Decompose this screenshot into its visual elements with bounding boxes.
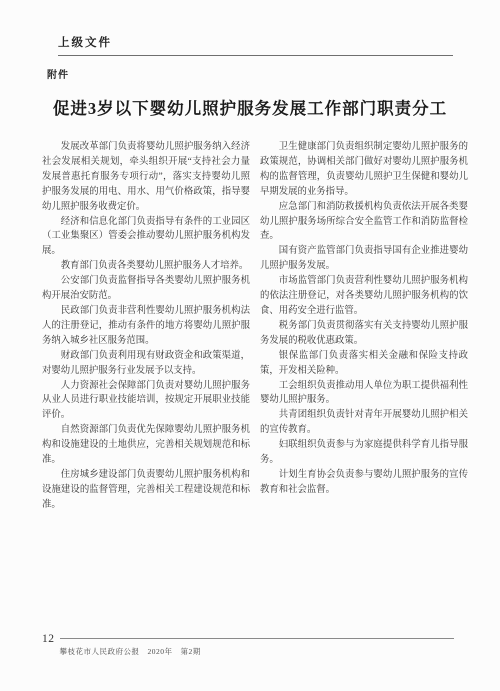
document-title: 促进3岁以下婴幼儿照护服务发展工作部门职责分工 [0, 95, 500, 119]
left-column: 发展改革部门负责将婴幼儿照护服务纳入经济社会发展相关规划，牵头组织开展“支持社会… [42, 140, 250, 513]
right-column: 卫生健康部门负责组织制定婴幼儿照护服务的政策规范，协调相关部门做好对婴幼儿照护服… [260, 140, 468, 513]
paragraph-right-9: 妇联组织负责参与为家庭提供科学育儿指导服务。 [260, 438, 468, 468]
page-header: 上级文件 [58, 33, 453, 56]
page-footer: 12 攀枝花市人民政府公报 2020年 第2期 [42, 630, 454, 659]
paragraph-left-1: 发展改革部门负责将婴幼儿照护服务纳入经济社会发展相关规划，牵头组织开展“支持社会… [42, 140, 250, 215]
paragraph-right-8: 共青团组织负责针对青年开展婴幼儿照护相关的宣传教育。 [260, 408, 468, 438]
paragraph-right-4: 市场监管部门负责营利性婴幼儿照护服务机构的依法注册登记，对各类婴幼儿照护服务机构… [260, 274, 468, 319]
paragraph-left-5: 民政部门负责非营利性婴幼儿照护服务机构法人的注册登记，推动有条件的地方将婴幼儿照… [42, 304, 250, 349]
paragraph-right-6: 银保监部门负责落实相关金融和保险支持政策，开发相关险种。 [260, 349, 468, 379]
paragraph-left-9: 住房城乡建设部门负责婴幼儿照护服务机构和设施建设的监督管理，完善相关工程建设规范… [42, 468, 250, 513]
paragraph-left-8: 自然资源部门负责优先保障婴幼儿照护服务机构和设施建设的土地供应，完善相关规划规范… [42, 423, 250, 468]
paragraph-left-3: 教育部门负责各类婴幼儿照护服务人才培养。 [42, 259, 250, 274]
paragraph-right-7: 工会组织负责推动用人单位为职工提供福利性婴幼儿照护服务。 [260, 379, 468, 409]
attachment-label: 附件 [47, 66, 69, 81]
paragraph-left-2: 经济和信息化部门负责指导有条件的工业园区（工业集聚区）管委会推动婴幼儿照护服务机… [42, 215, 250, 260]
paragraph-right-2: 应急部门和消防救援机构负责依法开展各类婴幼儿照护服务场所综合安全监管工作和消防监… [260, 200, 468, 245]
paragraph-right-5: 税务部门负责贯彻落实有关支持婴幼儿照护服务发展的税收优惠政策。 [260, 319, 468, 349]
paragraph-right-1: 卫生健康部门负责组织制定婴幼儿照护服务的政策规范，协调相关部门做好对婴幼儿照护服… [260, 140, 468, 200]
header-section-label: 上级文件 [58, 37, 112, 49]
footer-rule: 攀枝花市人民政府公报 2020年 第2期 [60, 638, 455, 659]
document-page: 上级文件 附件 促进3岁以下婴幼儿照护服务发展工作部门职责分工 发展改革部门负责… [0, 0, 500, 691]
paragraph-left-7: 人力资源社会保障部门负责对婴幼儿照护服务从业人员进行职业技能培训，按规定开展职业… [42, 379, 250, 424]
paragraph-right-10: 计划生育协会负责参与婴幼儿照护服务的宣传教育和社会监督。 [260, 468, 468, 498]
paragraph-left-4: 公安部门负责监督指导各类婴幼儿照护服务机构开展治安防范。 [42, 274, 250, 304]
page-number: 12 [42, 630, 55, 645]
paragraph-left-6: 财政部门负责利用现有财政资金和政策渠道，对婴幼儿照护服务行业发展予以支持。 [42, 349, 250, 379]
paragraph-right-3: 国有资产监管部门负责指导国有企业推进婴幼儿照护服务发展。 [260, 244, 468, 274]
body-columns: 发展改革部门负责将婴幼儿照护服务纳入经济社会发展相关规划，牵头组织开展“支持社会… [42, 140, 468, 513]
footer-publication: 攀枝花市人民政府公报 2020年 第2期 [60, 647, 201, 656]
